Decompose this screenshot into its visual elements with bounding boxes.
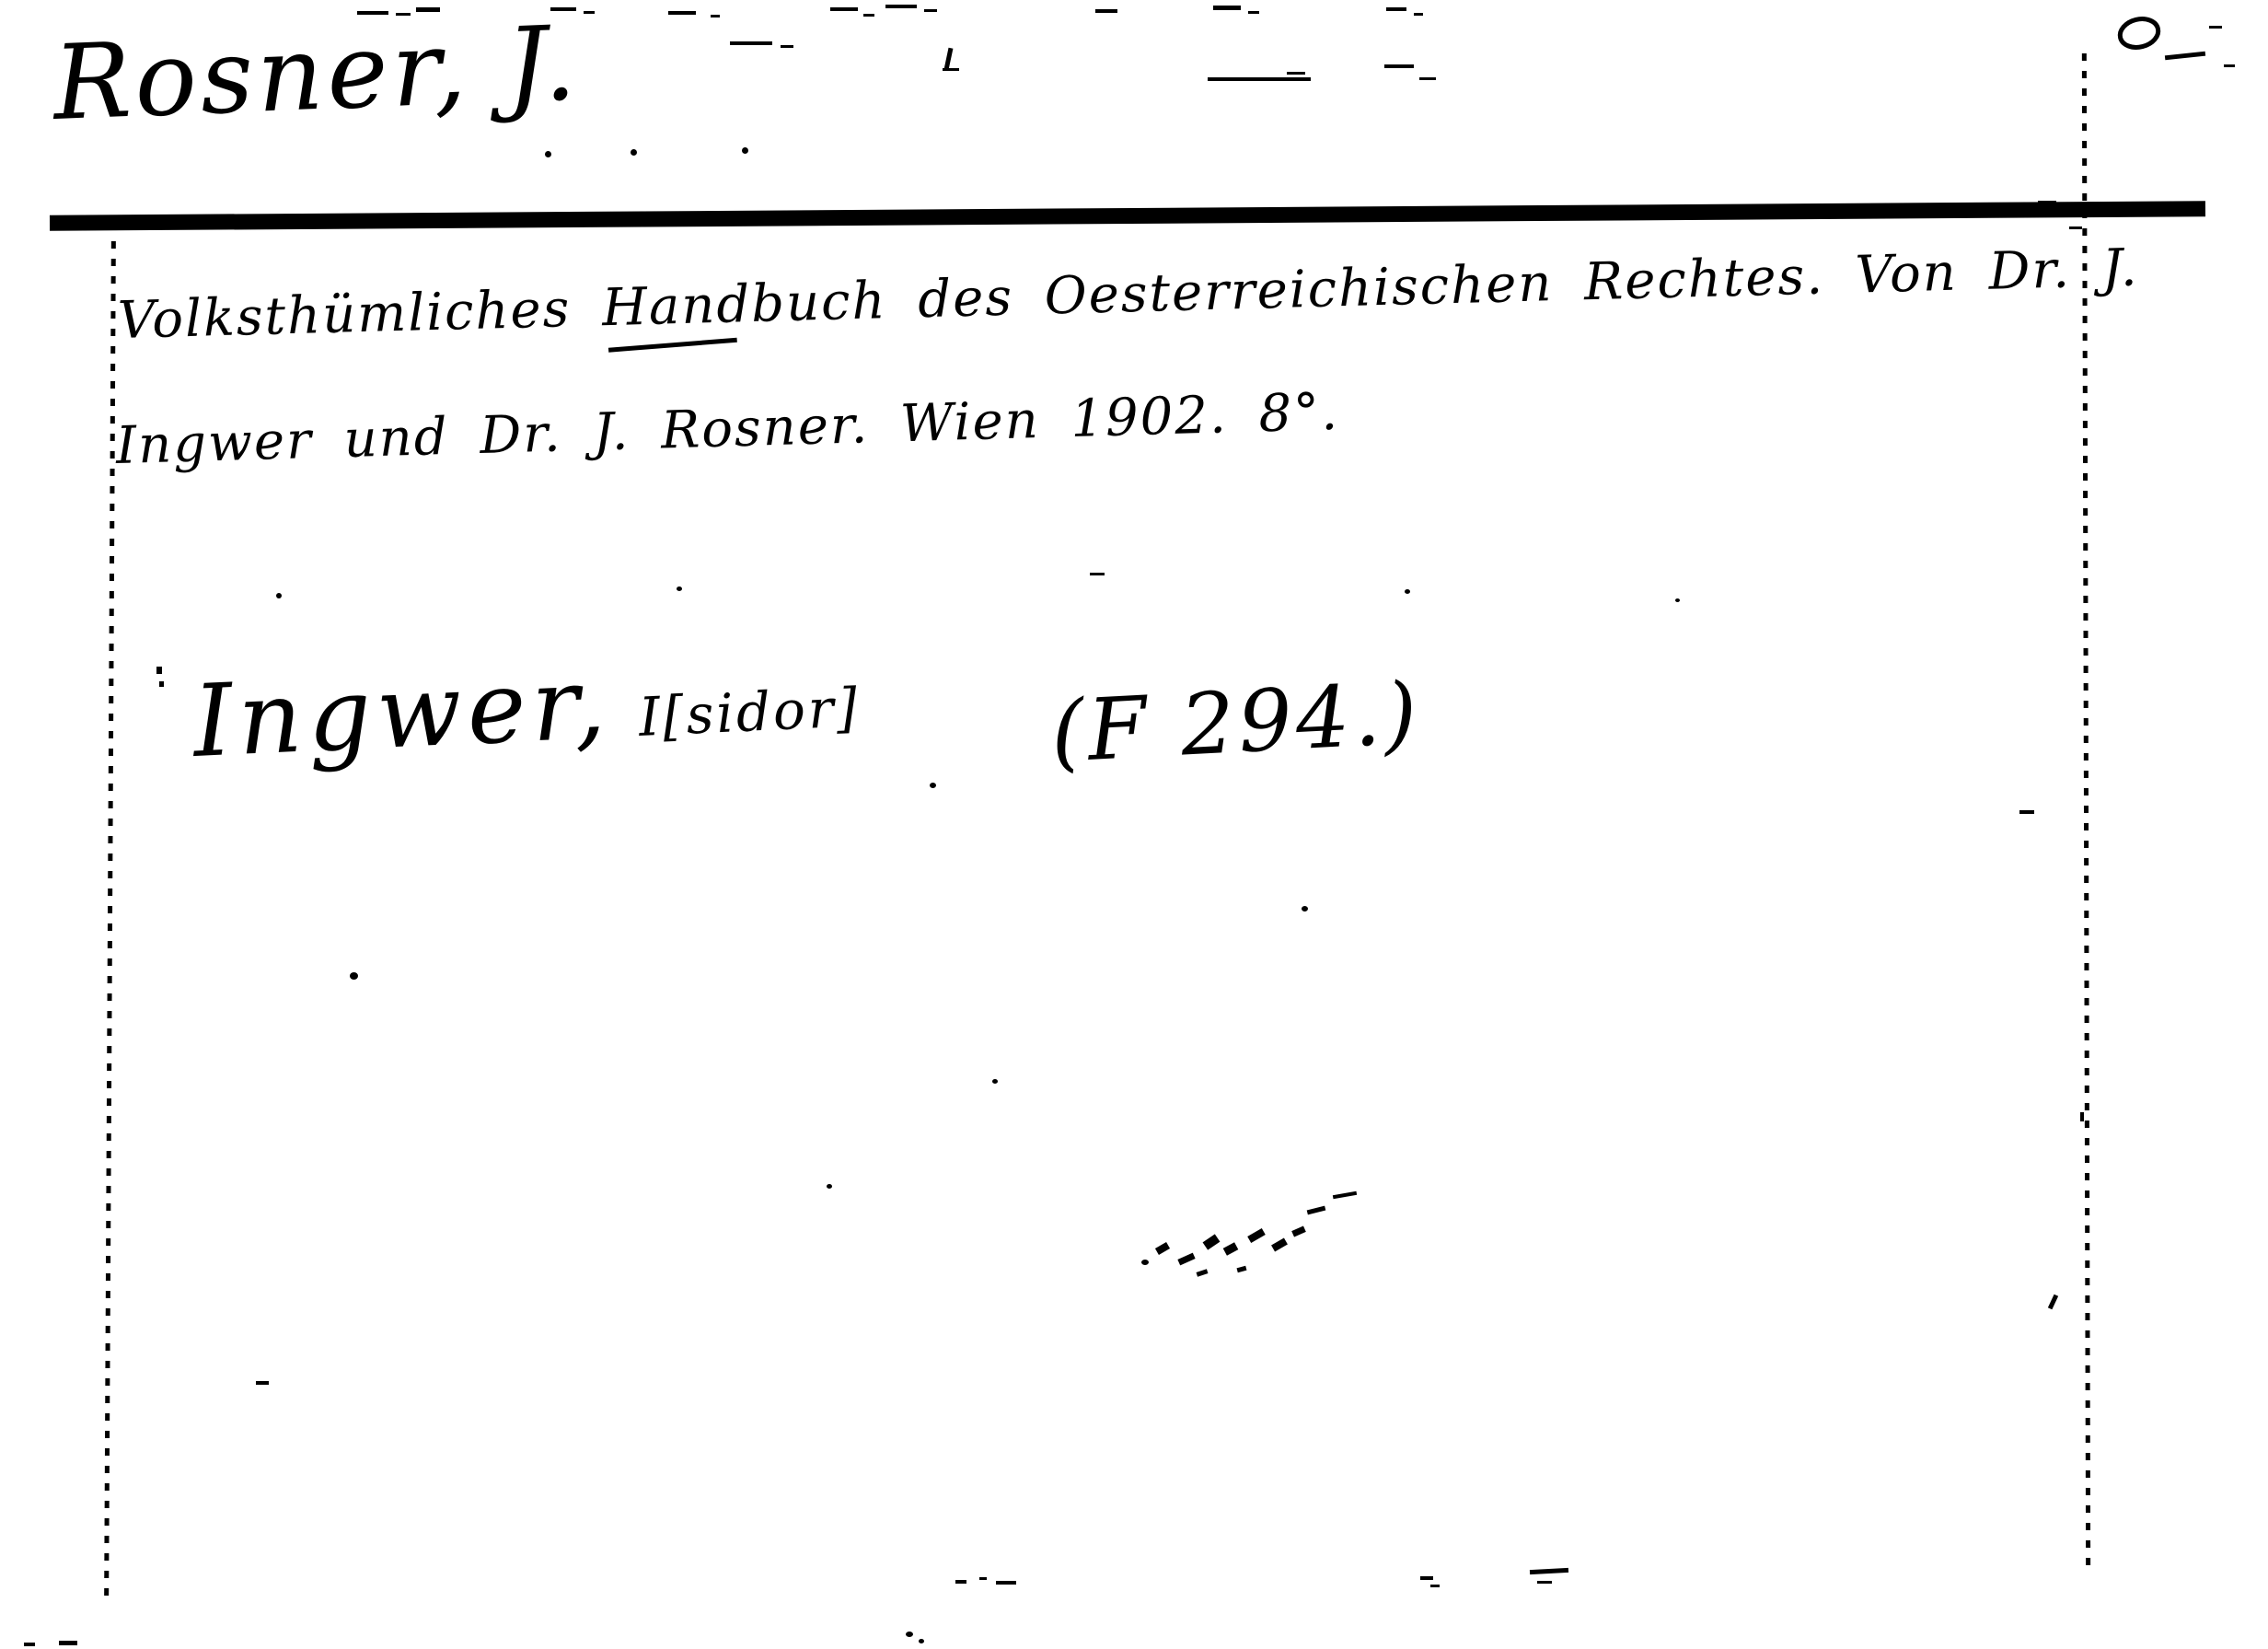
entry-surname: Ingwer,: [191, 645, 613, 779]
guide-dot: [930, 783, 936, 788]
scan-artifact: [906, 1632, 913, 1637]
scan-artifact: [584, 11, 595, 14]
scan-artifact: [885, 5, 917, 8]
title-part-underlined: Handbuch: [601, 271, 887, 338]
catalog-card-scan: Rosner, J. Volksthümliches Handbuch des …: [0, 0, 2268, 1649]
scan-artifact: [1386, 7, 1406, 11]
scan-artifact: [1420, 1576, 1433, 1580]
scan-artifact: [1530, 1568, 1568, 1574]
guide-dot: [545, 151, 551, 157]
scan-artifact: [24, 1643, 35, 1646]
ink-speck: [350, 972, 358, 980]
scan-artifact: [1419, 77, 1436, 80]
scan-artifact: [1537, 1581, 1552, 1584]
entry-forename: I[sidor]: [638, 676, 862, 749]
smudge-mark: [1237, 1266, 1247, 1272]
smudge-mark: [1271, 1238, 1288, 1252]
scan-artifact: [1414, 13, 1423, 16]
scan-artifact: [943, 68, 959, 71]
smudge-mark: [1155, 1242, 1170, 1255]
title-part-after: des Oesterreichischen Rechtes. Von Dr. J…: [886, 238, 2140, 331]
scan-artifact: [1248, 11, 1259, 14]
scan-artifact: [730, 41, 772, 45]
scan-artifact: [2224, 64, 2235, 67]
scan-artifact: [2165, 52, 2205, 61]
scan-artifact: [1287, 72, 1305, 75]
ink-speck: [276, 593, 282, 598]
ink-speck: [1090, 573, 1105, 575]
ink-speck: [827, 1184, 832, 1189]
scan-artifact: [781, 45, 793, 48]
scan-artifact: [59, 1641, 77, 1645]
ink-speck: [2080, 1112, 2084, 1121]
scan-artifact: [2209, 26, 2222, 29]
smudge-mark: [1177, 1253, 1195, 1266]
scan-artifact: [2069, 226, 2082, 229]
ink-speck: [1675, 598, 1680, 602]
scan-artifact: [996, 1581, 1016, 1585]
scan-artifact: [1213, 6, 1241, 10]
left-dotted-border: [104, 241, 116, 1597]
cross-reference-entry: Ingwer,I[sidor]: [191, 634, 862, 780]
ink-speck: [1405, 589, 1410, 594]
title-part-before: Volksthümliches: [117, 278, 603, 351]
ink-speck: [677, 586, 682, 591]
smudge-mark: [1291, 1225, 1306, 1237]
guide-dot: [742, 147, 748, 154]
guide-dot: [631, 149, 637, 156]
card-heading: Rosner, J.: [52, 4, 582, 144]
scan-artifact: [396, 13, 411, 16]
smudge-mark: [1307, 1206, 1326, 1215]
title-line-2: Ingwer und Dr. J. Rosner. Wien 1902. 8°.: [115, 382, 1340, 476]
scan-artifact: [2038, 201, 2056, 204]
scan-artifact: [711, 15, 720, 17]
smudge-mark: [1223, 1242, 1239, 1256]
smudge-mark: [1247, 1228, 1266, 1243]
scan-artifact: [357, 11, 388, 15]
scan-artifact: [550, 7, 576, 11]
ink-speck: [2019, 810, 2034, 814]
scan-artifact: [830, 7, 858, 11]
scan-artifact: [979, 1577, 987, 1580]
ink-speck: [1302, 906, 1308, 912]
ink-speck: [256, 1381, 269, 1385]
scan-artifact: [924, 9, 937, 12]
scan-artifact: [1384, 64, 1414, 68]
smudge-mark: [1197, 1269, 1209, 1276]
ink-speck: [992, 1079, 998, 1084]
scan-artifact: [1095, 9, 1117, 13]
stray-pen-circle-mark: [2111, 7, 2167, 58]
smudge-mark: [1141, 1260, 1149, 1265]
shelfmark: (F 294.): [1048, 664, 1423, 782]
scan-artifact: [1208, 77, 1311, 81]
scan-artifact: [668, 11, 696, 15]
smudge-mark: [1333, 1191, 1357, 1199]
smudge-mark: [1203, 1234, 1221, 1249]
scan-artifact: [1430, 1585, 1440, 1587]
header-rule: [50, 201, 2205, 231]
scan-artifact: [955, 1580, 966, 1584]
ink-speck: [156, 667, 162, 674]
ink-speck: [159, 681, 164, 687]
scan-artifact: [416, 7, 440, 12]
scan-artifact: [944, 48, 954, 71]
scan-artifact: [863, 14, 874, 17]
ink-speck: [2048, 1295, 2058, 1310]
title-line-1: Volksthümliches Handbuch des Oesterreich…: [117, 238, 2139, 351]
scan-artifact: [919, 1639, 924, 1643]
